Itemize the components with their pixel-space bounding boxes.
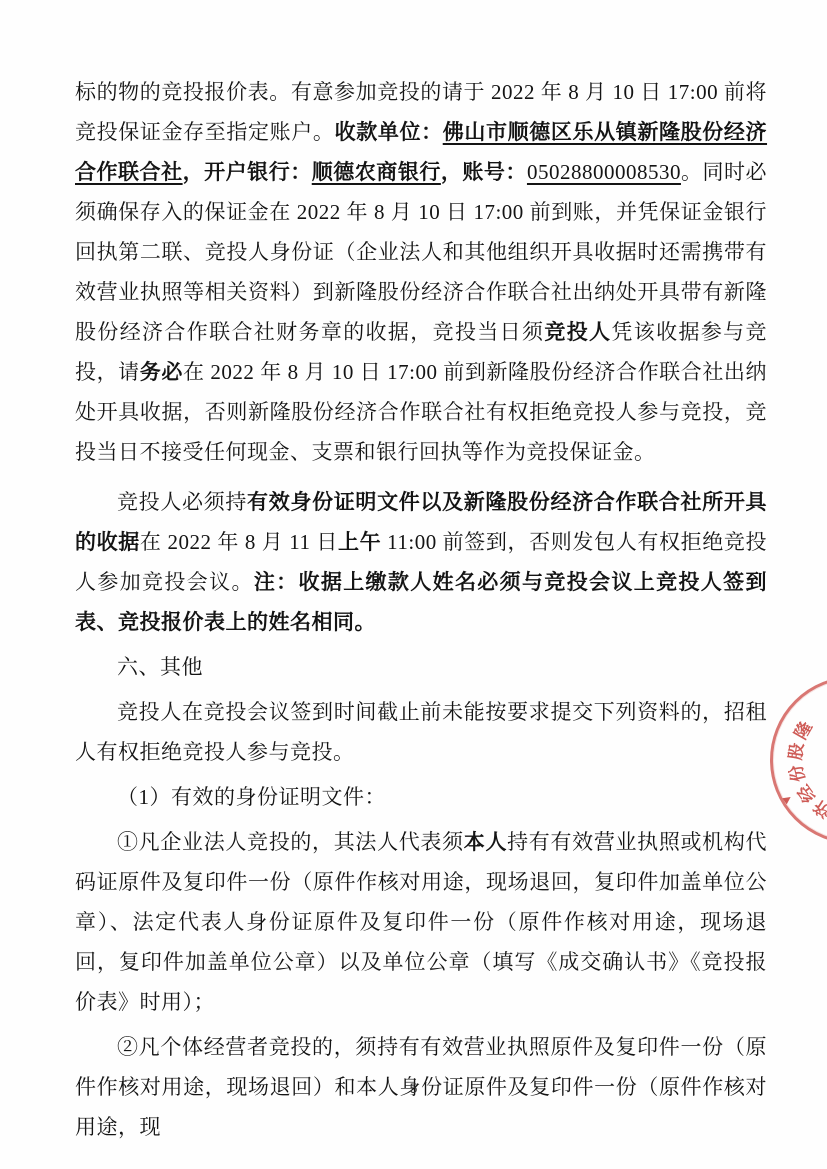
text-run: 六、其他 <box>117 655 203 679</box>
text-run: （1）有效的身份证明文件： <box>117 785 386 809</box>
text-run: 。同时必须确保存入的保证金在 2022 年 8 月 10 日 17:00 前到账… <box>75 160 767 344</box>
seal-character: 股 <box>786 742 805 761</box>
paragraph: （1）有效的身份证明文件： <box>75 777 767 817</box>
paragraph: ①凡企业法人竞投的，其法人代表须本人持有有效营业执照或机构代码证原件及复印件一份… <box>75 822 767 1022</box>
seal-star-point: ▸ <box>780 791 795 808</box>
seal-character: 济 <box>811 797 827 820</box>
official-seal-stamp: 隆股份经济 ▸ <box>770 676 827 844</box>
text-run: ①凡企业法人竞投的，其法人代表须 <box>117 830 464 854</box>
text-run: 持有有效营业执照或机构代码证原件及复印件一份（原件作核对用途，现场退回，复印件加… <box>75 830 767 1014</box>
paragraph: 竞投人必须持有效身份证明文件以及新隆股份经济合作联合社所开具的收据在 2022 … <box>75 482 767 642</box>
underlined-text: 顺德农商银行 <box>312 160 441 184</box>
bold-text: ，开户银行： <box>183 160 312 184</box>
page-number: 5 <box>0 1080 827 1096</box>
seal-character: 份 <box>787 763 808 784</box>
document-body: 标的物的竞投报价表。有意参加竞投的请于 2022 年 8 月 10 日 17:0… <box>75 72 767 1152</box>
seal-character: 经 <box>795 782 819 806</box>
bold-text: 务必 <box>140 360 183 384</box>
seal-arc <box>770 676 827 844</box>
document-page: 标的物的竞投报价表。有意参加竞投的请于 2022 年 8 月 10 日 17:0… <box>0 0 827 1169</box>
text-run: 竞投人必须持 <box>117 490 247 514</box>
paragraph: 六、其他 <box>75 647 767 687</box>
text-run: 竞投人在竞投会议签到时间截止前未能按要求提交下列资料的，招租人有权拒绝竞投人参与… <box>75 700 767 764</box>
seal-character: 隆 <box>792 719 815 742</box>
bold-text: 上午 <box>338 530 381 554</box>
bold-text: 竞投人 <box>544 320 611 344</box>
underlined-text: 05028800008530 <box>527 160 681 184</box>
text-run: 在 2022 年 8 月 11 日 <box>140 530 338 554</box>
bold-text: ，账号： <box>441 160 527 184</box>
paragraph: 竞投人在竞投会议签到时间截止前未能按要求提交下列资料的，招租人有权拒绝竞投人参与… <box>75 692 767 772</box>
bold-text: 收款单位： <box>335 120 443 144</box>
bold-text: 本人 <box>464 830 507 854</box>
paragraph: 标的物的竞投报价表。有意参加竞投的请于 2022 年 8 月 10 日 17:0… <box>75 72 767 472</box>
